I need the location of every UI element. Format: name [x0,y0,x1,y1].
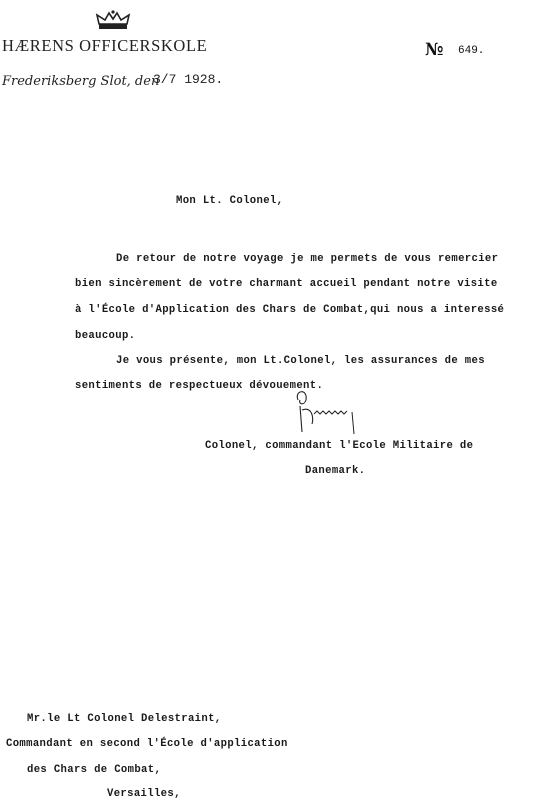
body-line: à l'École d'Application des Chars de Com… [75,304,504,316]
addressee-line: Commandant en second l'École d'applicati… [6,738,288,750]
signatory-line: Danemark. [305,465,365,477]
royal-crown-icon [95,10,131,32]
addressee-name: Mr.le Lt Colonel Delestraint, [27,713,222,725]
addressee-line: des Chars de Combat, [27,764,161,776]
body-line: De retour de notre voyage je me permets … [116,253,498,265]
institution-name: HÆRENS OFFICERSKOLE [2,36,207,56]
signatory-line: Colonel, commandant l'Ecole Militaire de [205,440,473,452]
letter-date: 3/7 1928. [153,72,223,87]
addressee-line: Versailles, [107,788,181,800]
body-line: Je vous présente, mon Lt.Colonel, les as… [116,355,485,367]
number-sign: № [425,40,443,60]
body-line: sentiments de respectueux dévouement. [75,380,323,392]
handwritten-signature-icon [290,388,370,438]
place-line: Frederiksberg Slot, den [2,74,159,89]
salutation: Mon Lt. Colonel, [176,195,283,207]
addressee-line: Mr.le Lt Colonel Delestraint, [27,713,222,725]
body-line: beaucoup. [75,330,135,342]
body-line: bien sincèrement de votre charmant accue… [75,278,498,290]
letter-number: 649. [458,45,484,57]
